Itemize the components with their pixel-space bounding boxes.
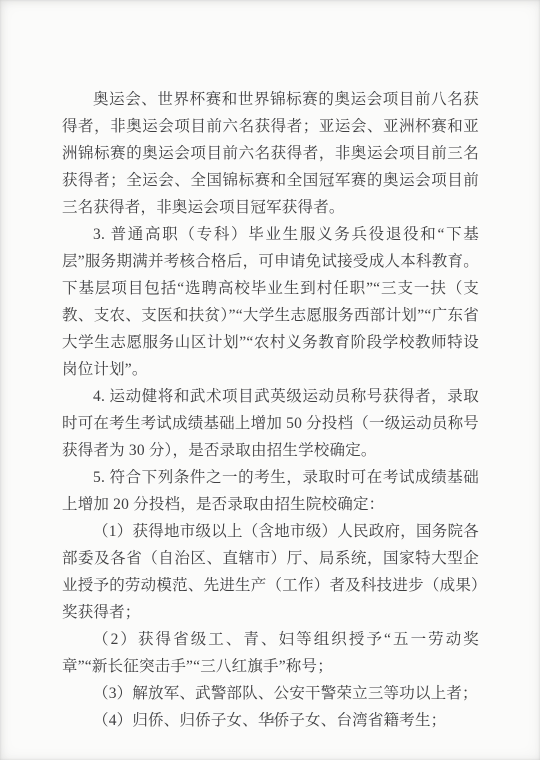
document-body: 奥运会、世界杯赛和世界锦标赛的奥运会项目前八名获得者，非奥运会项目前六名获得者；… xyxy=(62,86,479,734)
paragraph-subitem-2: （2）获得省级工、青、妇等组织授予“五一劳动奖章”“新长征突击手”“三八红旗手”… xyxy=(62,626,479,680)
paragraph-item-3: 3. 普通高职（专科）毕业生服义务兵役退役和“下基层”服务期满并考核合格后，可申… xyxy=(62,221,479,383)
scanned-document-page: 奥运会、世界杯赛和世界锦标赛的奥运会项目前八名获得者，非奥运会项目前六名获得者；… xyxy=(0,0,540,760)
page-number: 21 xyxy=(0,714,540,726)
paragraph-item-5: 5. 符合下列条件之一的考生，录取时可在考试成绩基础上增加 20 分投档，是否录… xyxy=(62,464,479,518)
paragraph-subitem-3: （3）解放军、武警部队、公安干警荣立三等功以上者； xyxy=(62,680,479,707)
paragraph-item-4: 4. 运动健将和武术项目武英级运动员称号获得者，录取时可在考生考试成绩基础上增加… xyxy=(62,383,479,464)
paragraph-subitem-1: （1）获得地市级以上（含地市级）人民政府，国务院各部委及各省（自治区、直辖市）厅… xyxy=(62,518,479,626)
paragraph-olympic-winners: 奥运会、世界杯赛和世界锦标赛的奥运会项目前八名获得者，非奥运会项目前六名获得者；… xyxy=(62,86,479,221)
